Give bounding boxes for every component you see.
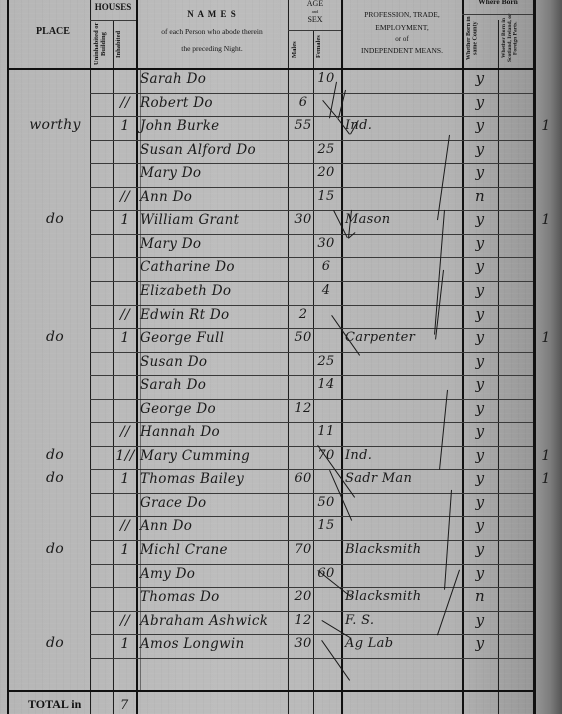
born-county-cell: y xyxy=(462,446,498,464)
male-age-cell: 20 xyxy=(289,589,317,604)
born-county-cell: y xyxy=(462,352,498,370)
header-where-born: Where Born xyxy=(462,0,534,6)
header-profession-3: or of xyxy=(342,35,462,43)
inhabited-cell: // xyxy=(114,518,136,534)
table-row: //Hannah Do11y xyxy=(0,422,533,445)
female-age-cell: 30 xyxy=(313,236,339,251)
born-county-cell: y xyxy=(462,399,498,417)
header-profession-1: PROFESSION, TRADE, xyxy=(342,10,462,19)
header-males: Males xyxy=(292,36,312,64)
name-cell: Mary Do xyxy=(140,236,288,252)
table-row: George Do12y xyxy=(0,399,533,422)
header-age: AGE xyxy=(290,0,340,8)
born-county-cell: y xyxy=(462,210,498,228)
header-uninhabited: Uninhabited or Building xyxy=(94,22,114,66)
census-page: PLACE HOUSES Uninhabited or Building Inh… xyxy=(0,0,562,714)
born-county-cell: y xyxy=(462,516,498,534)
profession-cell: Sadr Man xyxy=(345,471,460,486)
inhabited-cell: // xyxy=(114,613,136,629)
inhabited-cell: // xyxy=(114,424,136,440)
name-cell: George Do xyxy=(140,401,288,417)
table-row: Mary Do30y xyxy=(0,234,533,257)
born-county-cell: y xyxy=(462,422,498,440)
female-age-cell: 15 xyxy=(313,189,339,204)
table-row: do1William Grant30Masony1 xyxy=(0,210,533,233)
born-county-cell: y xyxy=(462,611,498,629)
male-age-cell: 2 xyxy=(289,307,317,322)
table-row: //Robert Do6y xyxy=(0,93,533,116)
table-row: Mary Do20y xyxy=(0,163,533,186)
born-county-cell: y xyxy=(462,140,498,158)
name-cell: William Grant xyxy=(140,212,288,228)
table-row: do1Thomas Bailey60Sadr Many1 xyxy=(0,469,533,492)
table-row: Susan Do25y xyxy=(0,352,533,375)
header-and: and xyxy=(290,9,340,14)
name-cell: Thomas Bailey xyxy=(140,471,288,487)
born-county-cell: y xyxy=(462,116,498,134)
inhabited-cell: 1 xyxy=(114,330,136,346)
inhabited-cell: // xyxy=(114,189,136,205)
born-county-cell: y xyxy=(462,305,498,323)
born-county-cell: y xyxy=(462,634,498,652)
inhabited-cell: 1 xyxy=(114,118,136,134)
header-houses: HOUSES xyxy=(90,2,136,12)
profession-cell: Blacksmith xyxy=(345,542,460,557)
born-county-cell: y xyxy=(462,469,498,487)
female-age-cell: 11 xyxy=(313,424,339,439)
male-age-cell: 30 xyxy=(289,636,317,651)
grid-line xyxy=(533,0,536,714)
name-cell: Ann Do xyxy=(140,518,288,534)
born-county-cell: y xyxy=(462,564,498,582)
inhabited-cell: // xyxy=(114,95,136,111)
place-cell: do xyxy=(20,211,90,227)
grid-line xyxy=(462,14,533,15)
profession-cell: Blacksmith xyxy=(345,589,460,604)
table-row: Susan Alford Do25y xyxy=(0,140,533,163)
table-row: Elizabeth Do4y xyxy=(0,281,533,304)
name-cell: Ann Do xyxy=(140,189,288,205)
grid-line xyxy=(288,30,341,31)
table-row: Sarah Do10y xyxy=(0,69,533,92)
table-row: do1//Mary Cumming70Ind.y1 xyxy=(0,446,533,469)
female-age-cell: 20 xyxy=(313,165,339,180)
profession-cell: Ag Lab xyxy=(345,636,460,651)
born-county-cell: y xyxy=(462,163,498,181)
grid-line xyxy=(90,20,136,21)
place-cell: do xyxy=(20,329,90,345)
female-age-cell: 50 xyxy=(313,495,339,510)
inhabited-cell: 1 xyxy=(114,636,136,652)
header-names: N A M E S xyxy=(137,9,287,19)
female-age-cell: 25 xyxy=(313,142,339,157)
inhabited-cell: 1// xyxy=(114,448,136,464)
table-row: //Abraham Ashwick12F. S.y xyxy=(0,611,533,634)
profession-cell: Ind. xyxy=(345,448,460,463)
place-cell: do xyxy=(20,635,90,651)
name-cell: Elizabeth Do xyxy=(140,283,288,299)
place-cell: do xyxy=(20,541,90,557)
table-row: //Ann Do15n xyxy=(0,187,533,210)
inhabited-cell: 1 xyxy=(114,471,136,487)
name-cell: Amos Longwin xyxy=(140,636,288,652)
margin-tally-cell: 1 xyxy=(536,448,556,464)
inhabited-cell: // xyxy=(114,307,136,323)
table-row: worthy1John Burke55Ind.y1 xyxy=(0,116,533,139)
header-born-foreign: Whether Born in Scotland, Ireland, or Fo… xyxy=(502,10,532,66)
profession-cell: Ind. xyxy=(345,118,460,133)
name-cell: Thomas Do xyxy=(140,589,288,605)
name-cell: Michl Crane xyxy=(140,542,288,558)
name-cell: George Full xyxy=(140,330,288,346)
born-county-cell: n xyxy=(462,587,498,605)
margin-tally-cell: 1 xyxy=(536,118,556,134)
female-age-cell: 4 xyxy=(313,283,339,298)
male-age-cell: 50 xyxy=(289,330,317,345)
header-names-sub1: of each Person who abode therein xyxy=(137,27,287,36)
male-age-cell: 55 xyxy=(289,118,317,133)
table-row: //Edwin Rt Do2y xyxy=(0,305,533,328)
page-margin xyxy=(533,0,562,714)
female-age-cell: 14 xyxy=(313,377,339,392)
profession-cell: Carpenter xyxy=(345,330,460,345)
name-cell: Sarah Do xyxy=(140,71,288,87)
name-cell: John Burke xyxy=(140,118,288,134)
name-cell: Grace Do xyxy=(140,495,288,511)
place-cell: do xyxy=(20,447,90,463)
header-names-sub2: the preceding Night. xyxy=(137,44,287,53)
name-cell: Amy Do xyxy=(140,566,288,582)
name-cell: Susan Do xyxy=(140,354,288,370)
born-county-cell: n xyxy=(462,187,498,205)
place-cell: do xyxy=(20,470,90,486)
inhabited-cell: 1 xyxy=(114,542,136,558)
female-age-cell: 25 xyxy=(313,354,339,369)
name-cell: Mary Cumming xyxy=(140,448,288,464)
name-cell: Susan Alford Do xyxy=(140,142,288,158)
margin-tally-cell: 1 xyxy=(536,471,556,487)
total-label: TOTAL in xyxy=(28,697,81,712)
inhabited-cell: 1 xyxy=(114,212,136,228)
born-county-cell: y xyxy=(462,257,498,275)
header-place: PLACE xyxy=(18,26,88,37)
born-county-cell: y xyxy=(462,234,498,252)
table-row: //Ann Do15y xyxy=(0,516,533,539)
born-county-cell: y xyxy=(462,69,498,87)
male-age-cell: 6 xyxy=(289,95,317,110)
born-county-cell: y xyxy=(462,540,498,558)
born-county-cell: y xyxy=(462,328,498,346)
header-born-county: Whether Born in same County xyxy=(466,12,496,64)
name-cell: Edwin Rt Do xyxy=(140,307,288,323)
male-age-cell: 12 xyxy=(289,401,317,416)
header-inhabited: Inhabited xyxy=(116,22,134,66)
total-inhabited: 7 xyxy=(120,698,128,713)
name-cell: Catharine Do xyxy=(140,259,288,275)
born-county-cell: y xyxy=(462,93,498,111)
header-females: Females xyxy=(316,30,336,64)
male-age-cell: 30 xyxy=(289,212,317,227)
table-row: Grace Do50y xyxy=(0,493,533,516)
born-county-cell: y xyxy=(462,281,498,299)
female-age-cell: 15 xyxy=(313,518,339,533)
header-sex: SEX xyxy=(290,15,340,24)
table-row: do1Amos Longwin30Ag Laby xyxy=(0,634,533,657)
header-profession-4: INDEPENDENT MEANS. xyxy=(342,46,462,55)
male-age-cell: 60 xyxy=(289,471,317,486)
place-cell: worthy xyxy=(20,117,90,133)
table-row: do1Michl Crane70Blacksmithy xyxy=(0,540,533,563)
margin-tally-cell: 1 xyxy=(536,212,556,228)
name-cell: Sarah Do xyxy=(140,377,288,393)
table-row: Sarah Do14y xyxy=(0,375,533,398)
name-cell: Mary Do xyxy=(140,165,288,181)
name-cell: Abraham Ashwick xyxy=(140,613,288,629)
male-age-cell: 12 xyxy=(289,613,317,628)
female-age-cell: 6 xyxy=(313,259,339,274)
grid-line xyxy=(90,658,533,659)
margin-tally-cell: 1 xyxy=(536,330,556,346)
table-row: Catharine Do6y xyxy=(0,257,533,280)
born-county-cell: y xyxy=(462,493,498,511)
table-row: do1George Full50Carpentery1 xyxy=(0,328,533,351)
born-county-cell: y xyxy=(462,375,498,393)
header-profession-2: EMPLOYMENT, xyxy=(342,23,462,32)
male-age-cell: 70 xyxy=(289,542,317,557)
grid-line xyxy=(7,690,533,692)
name-cell: Hannah Do xyxy=(140,424,288,440)
name-cell: Robert Do xyxy=(140,95,288,111)
